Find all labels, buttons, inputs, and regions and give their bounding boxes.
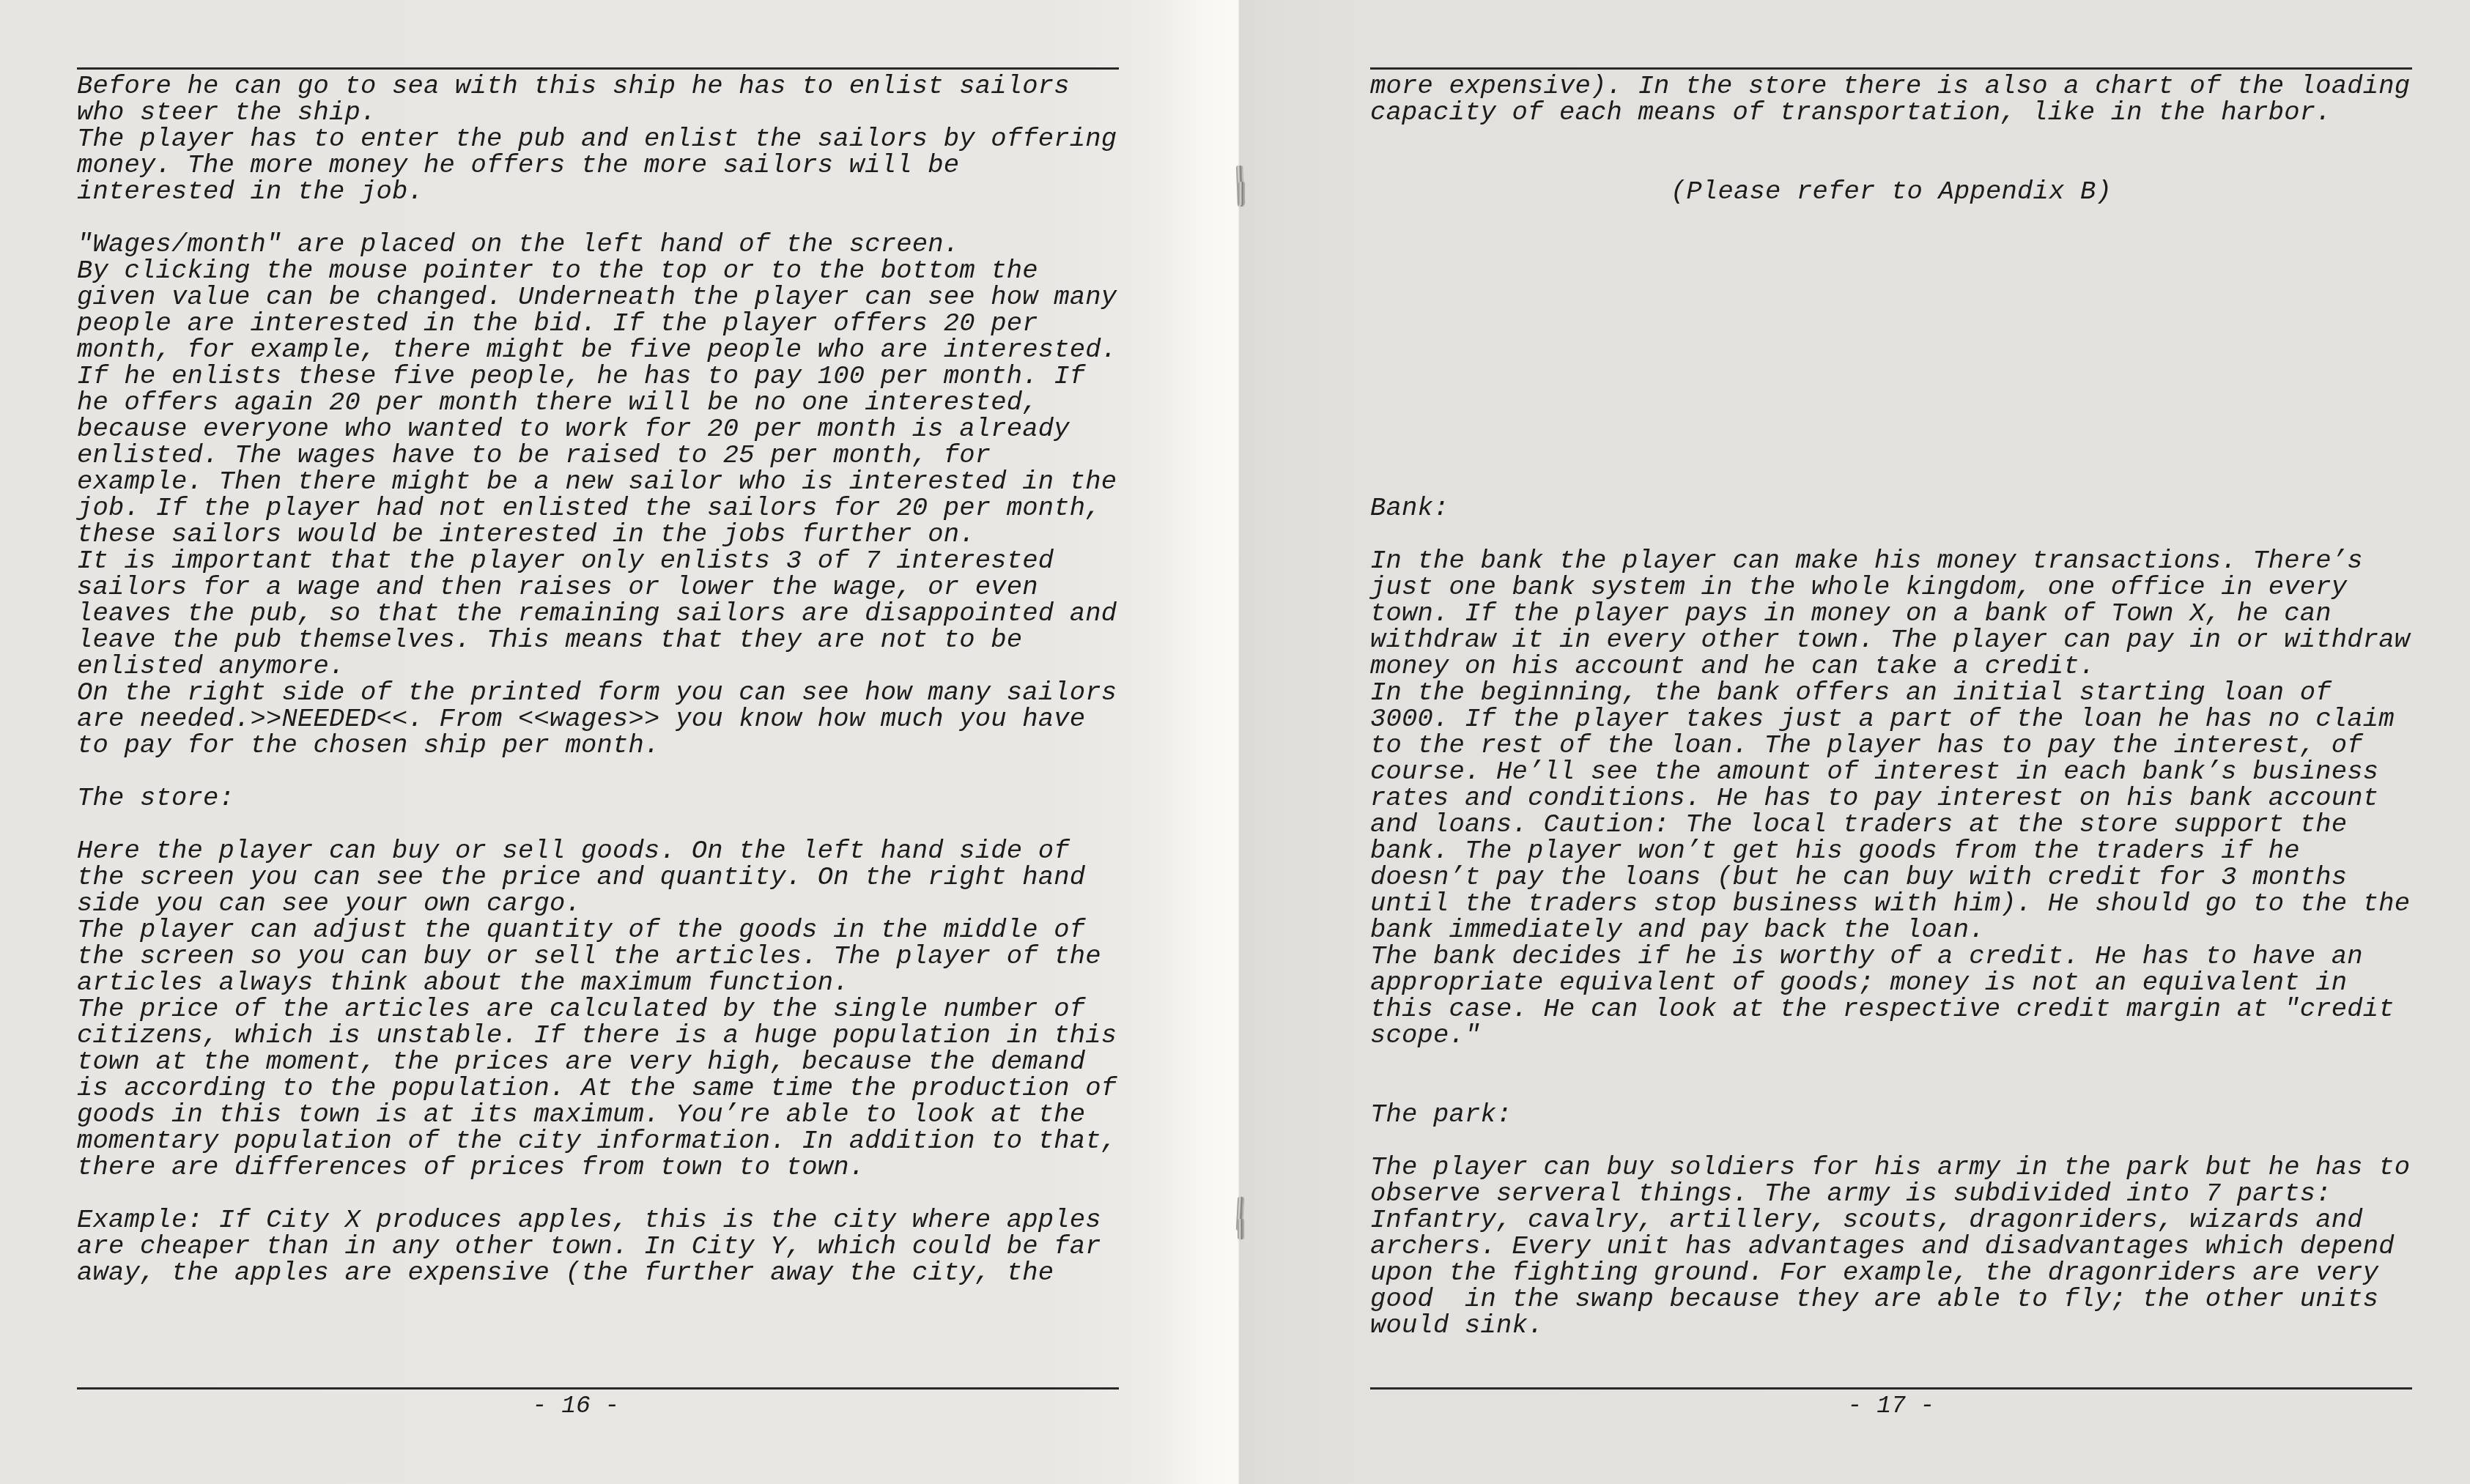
text-line: (Please refer to Appendix B) — [1370, 179, 2412, 205]
blank-line — [77, 205, 1132, 231]
booklet-spread: Before he can go to sea with this ship h… — [0, 0, 2470, 1484]
text-line: upon the fighting ground. For example, t… — [1370, 1260, 2425, 1286]
text-line: leave the pub themselves. This means tha… — [77, 627, 1132, 653]
header-rule — [1370, 67, 2412, 70]
text-line: there are differences of prices from tow… — [77, 1154, 1132, 1181]
text-line: is according to the population. At the s… — [77, 1075, 1132, 1102]
text-line: observe serveral things. The army is sub… — [1370, 1181, 2425, 1207]
blank-line — [1370, 152, 2425, 179]
footer-rule — [1370, 1387, 2412, 1390]
text-line: side you can see your own cargo. — [77, 891, 1132, 917]
text-line: The player has to enter the pub and enli… — [77, 126, 1132, 152]
text-line: interested in the job. — [77, 179, 1132, 205]
blank-line — [77, 1181, 1132, 1207]
text-line: Before he can go to sea with this ship h… — [77, 73, 1132, 100]
text-line: doesn’t pay the loans (but he can buy wi… — [1370, 864, 2425, 891]
text-line: In the beginning, the bank offers an ini… — [1370, 680, 2425, 706]
text-line: money. The more money he offers the more… — [77, 152, 1132, 179]
text-line: It is important that the player only enl… — [77, 548, 1132, 574]
blank-line — [1370, 258, 2425, 284]
text-line: enlisted anymore. — [77, 653, 1132, 680]
text-line: until the traders stop business with him… — [1370, 891, 2425, 917]
text-line: rates and conditions. He has to pay inte… — [1370, 785, 2425, 812]
text-line: In the bank the player can make his mone… — [1370, 548, 2425, 574]
text-line: bank. The player won’t get his goods fro… — [1370, 838, 2425, 864]
page-17-text: more expensive). In the store there is a… — [1370, 73, 2425, 1339]
text-line: to the rest of the loan. The player has … — [1370, 732, 2425, 759]
blank-line — [1370, 442, 2425, 469]
text-line: this case. He can look at the respective… — [1370, 996, 2425, 1023]
text-line: these sailors would be interested in the… — [77, 522, 1132, 548]
text-line: are needed.>>NEEDED<<. From <<wages>> yo… — [77, 706, 1132, 732]
page-number: - 17 - — [1370, 1393, 2412, 1420]
blank-line — [77, 759, 1132, 785]
staple-icon — [1238, 1219, 1243, 1239]
text-line: capacity of each means of transportation… — [1370, 100, 2425, 126]
text-line: The player can adjust the quantity of th… — [77, 917, 1132, 943]
blank-line — [1370, 337, 2425, 363]
page-16-text: Before he can go to sea with this ship h… — [77, 73, 1132, 1286]
text-line: just one bank system in the whole kingdo… — [1370, 574, 2425, 601]
spine-fold — [1238, 0, 1240, 1484]
blank-line — [77, 812, 1132, 838]
text-line: because everyone who wanted to work for … — [77, 416, 1132, 442]
text-line: more expensive). In the store there is a… — [1370, 73, 2425, 100]
text-line: "Wages/month" are placed on the left han… — [77, 231, 1132, 258]
text-line: example. Then there might be a new sailo… — [77, 469, 1132, 495]
text-line: he offers again 20 per month there will … — [77, 390, 1132, 416]
text-line: The player can buy soldiers for his army… — [1370, 1154, 2425, 1181]
text-line: enlisted. The wages have to be raised to… — [77, 442, 1132, 469]
text-line: good in the swanp because they are able … — [1370, 1286, 2425, 1313]
blank-line — [1370, 522, 2425, 548]
text-line: are cheaper than in any other town. In C… — [77, 1233, 1132, 1260]
text-line: money on his account and he can take a c… — [1370, 653, 2425, 680]
text-line: town at the moment, the prices are very … — [77, 1049, 1132, 1075]
text-line: If he enlists these five people, he has … — [77, 363, 1132, 390]
text-line: who steer the ship. — [77, 100, 1132, 126]
blank-line — [1370, 231, 2425, 258]
text-line: the screen you can see the price and qua… — [77, 864, 1132, 891]
text-line: month, for example, there might be five … — [77, 337, 1132, 363]
text-line: town. If the player pays in money on a b… — [1370, 601, 2425, 627]
blank-line — [1370, 284, 2425, 311]
text-line: appropriate equivalent of goods; money i… — [1370, 970, 2425, 996]
blank-line — [1370, 126, 2425, 152]
text-line: Infantry, cavalry, artillery, scouts, dr… — [1370, 1207, 2425, 1233]
blank-line — [1370, 1049, 2425, 1075]
text-line: citizens, which is unstable. If there is… — [77, 1023, 1132, 1049]
section-heading: The park: — [1370, 1102, 2425, 1128]
blank-line — [1370, 363, 2425, 390]
blank-line — [1370, 311, 2425, 337]
blank-line — [1370, 390, 2425, 416]
footer-rule — [77, 1387, 1119, 1390]
text-line: sailors for a wage and then raises or lo… — [77, 574, 1132, 601]
text-line: would sink. — [1370, 1313, 2425, 1339]
page-17: more expensive). In the store there is a… — [1239, 0, 2470, 1484]
text-line: scope." — [1370, 1023, 2425, 1049]
staple-icon — [1238, 182, 1244, 205]
page-number: - 16 - — [77, 1393, 1119, 1420]
text-line: The bank decides if he is worthy of a cr… — [1370, 943, 2425, 970]
text-line: course. He’ll see the amount of interest… — [1370, 759, 2425, 785]
text-line: given value can be changed. Underneath t… — [77, 284, 1132, 311]
text-line: away, the apples are expensive (the furt… — [77, 1260, 1132, 1286]
text-line: Example: If City X produces apples, this… — [77, 1207, 1132, 1233]
text-line: job. If the player had not enlisted the … — [77, 495, 1132, 522]
text-line: On the right side of the printed form yo… — [77, 680, 1132, 706]
text-line: the screen so you can buy or sell the ar… — [77, 943, 1132, 970]
text-line: leaves the pub, so that the remaining sa… — [77, 601, 1132, 627]
blank-line — [1370, 1075, 2425, 1102]
blank-line — [1370, 205, 2425, 231]
text-line: 3000. If the player takes just a part of… — [1370, 706, 2425, 732]
text-line: articles always think about the maximum … — [77, 970, 1132, 996]
text-line: goods in this town is at its maximum. Yo… — [77, 1102, 1132, 1128]
page-16: Before he can go to sea with this ship h… — [0, 0, 1239, 1484]
blank-line — [1370, 1128, 2425, 1154]
text-line: The price of the articles are calculated… — [77, 996, 1132, 1023]
text-line: archers. Every unit has advantages and d… — [1370, 1233, 2425, 1260]
section-heading: The store: — [77, 785, 1132, 812]
blank-line — [1370, 416, 2425, 442]
header-rule — [77, 67, 1119, 70]
text-line: and loans. Caution: The local traders at… — [1370, 812, 2425, 838]
text-line: withdraw it in every other town. The pla… — [1370, 627, 2425, 653]
text-line: By clicking the mouse pointer to the top… — [77, 258, 1132, 284]
section-heading: Bank: — [1370, 495, 2425, 522]
text-line: people are interested in the bid. If the… — [77, 311, 1132, 337]
text-line: Here the player can buy or sell goods. O… — [77, 838, 1132, 864]
text-line: bank immediately and pay back the loan. — [1370, 917, 2425, 943]
text-line: to pay for the chosen ship per month. — [77, 732, 1132, 759]
blank-line — [1370, 469, 2425, 495]
text-line: momentary population of the city informa… — [77, 1128, 1132, 1154]
